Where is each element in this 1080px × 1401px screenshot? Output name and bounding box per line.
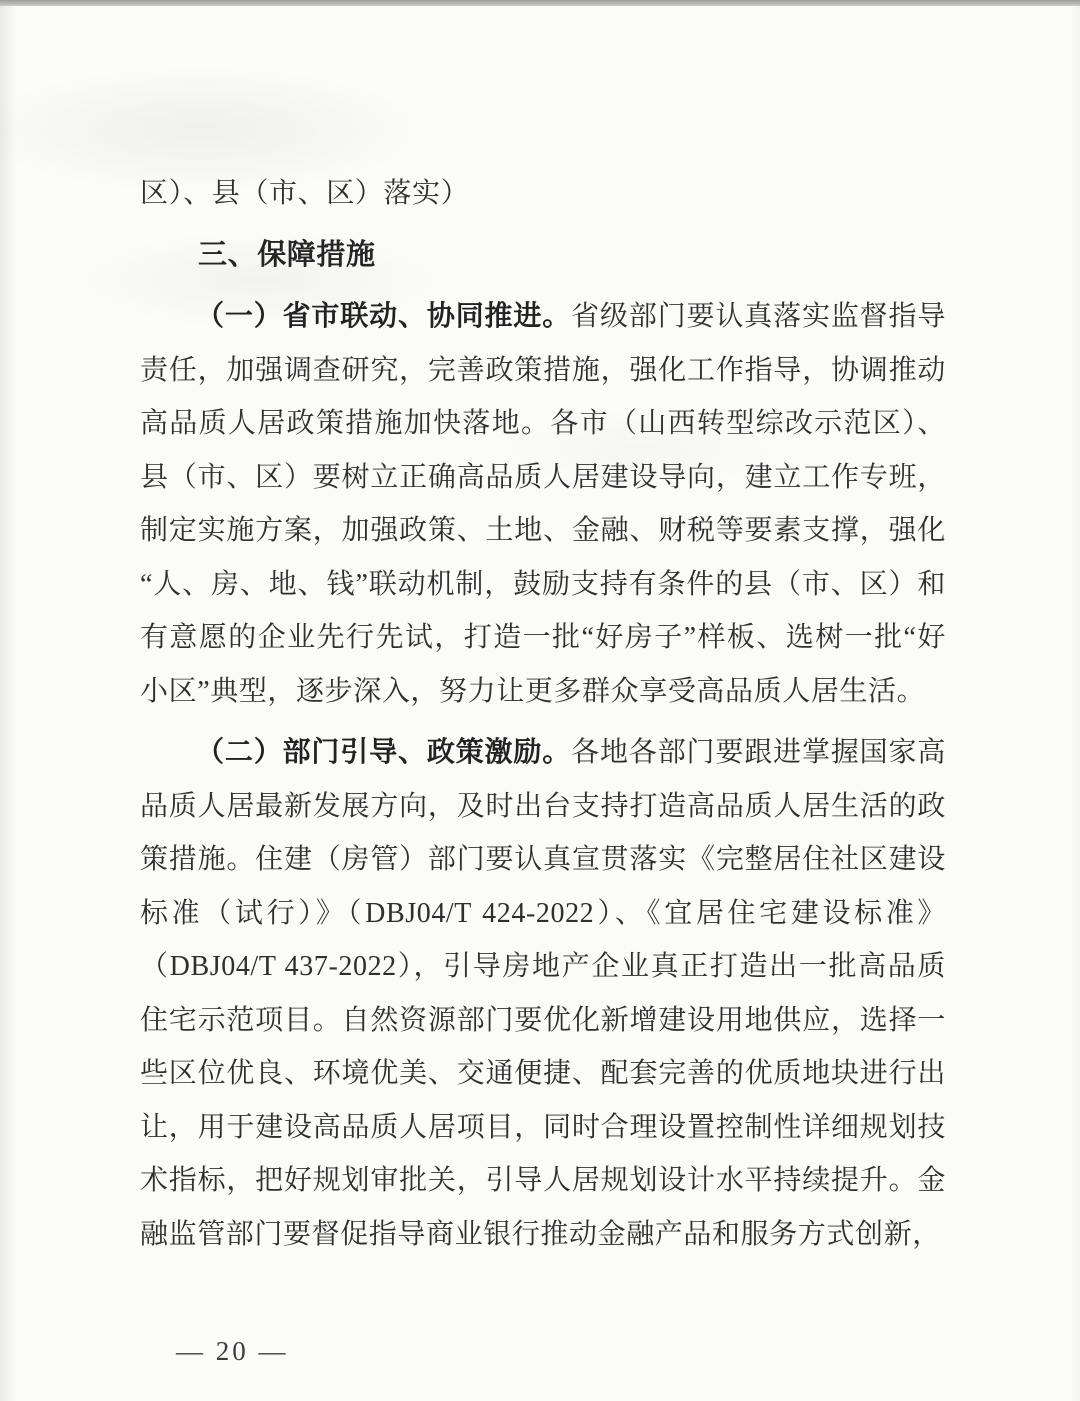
paragraph-2-body: 各地各部门要跟进掌握国家高品质人居最新发展方向，及时出台支持打造高品质人居生活的… [140,737,946,1250]
page-number: — 20 — [176,1336,289,1367]
paragraph-1-body: 省级部门要认真落实监督指导责任，加强调查研究，完善政策措施，强化工作指导，协调推… [140,301,946,707]
paragraph-1-lead: （一）省市联动、协同推进。 [196,301,571,332]
continuation-line: 区）、县（市、区）落实） [140,167,946,221]
document-page: 区）、县（市、区）落实） 三、保障措施 （一）省市联动、协同推进。省级部门要认真… [0,0,1080,1401]
document-content: 区）、县（市、区）落实） 三、保障措施 （一）省市联动、协同推进。省级部门要认真… [140,167,946,1261]
section-heading: 三、保障措施 [140,229,946,283]
paragraph-1: （一）省市联动、协同推进。省级部门要认真落实监督指导责任，加强调查研究，完善政策… [140,290,946,718]
paragraph-2: （二）部门引导、政策激励。各地各部门要跟进掌握国家高品质人居最新发展方向，及时出… [140,726,946,1261]
scan-edge [0,0,1080,6]
paragraph-2-lead: （二）部门引导、政策激励。 [196,737,571,768]
